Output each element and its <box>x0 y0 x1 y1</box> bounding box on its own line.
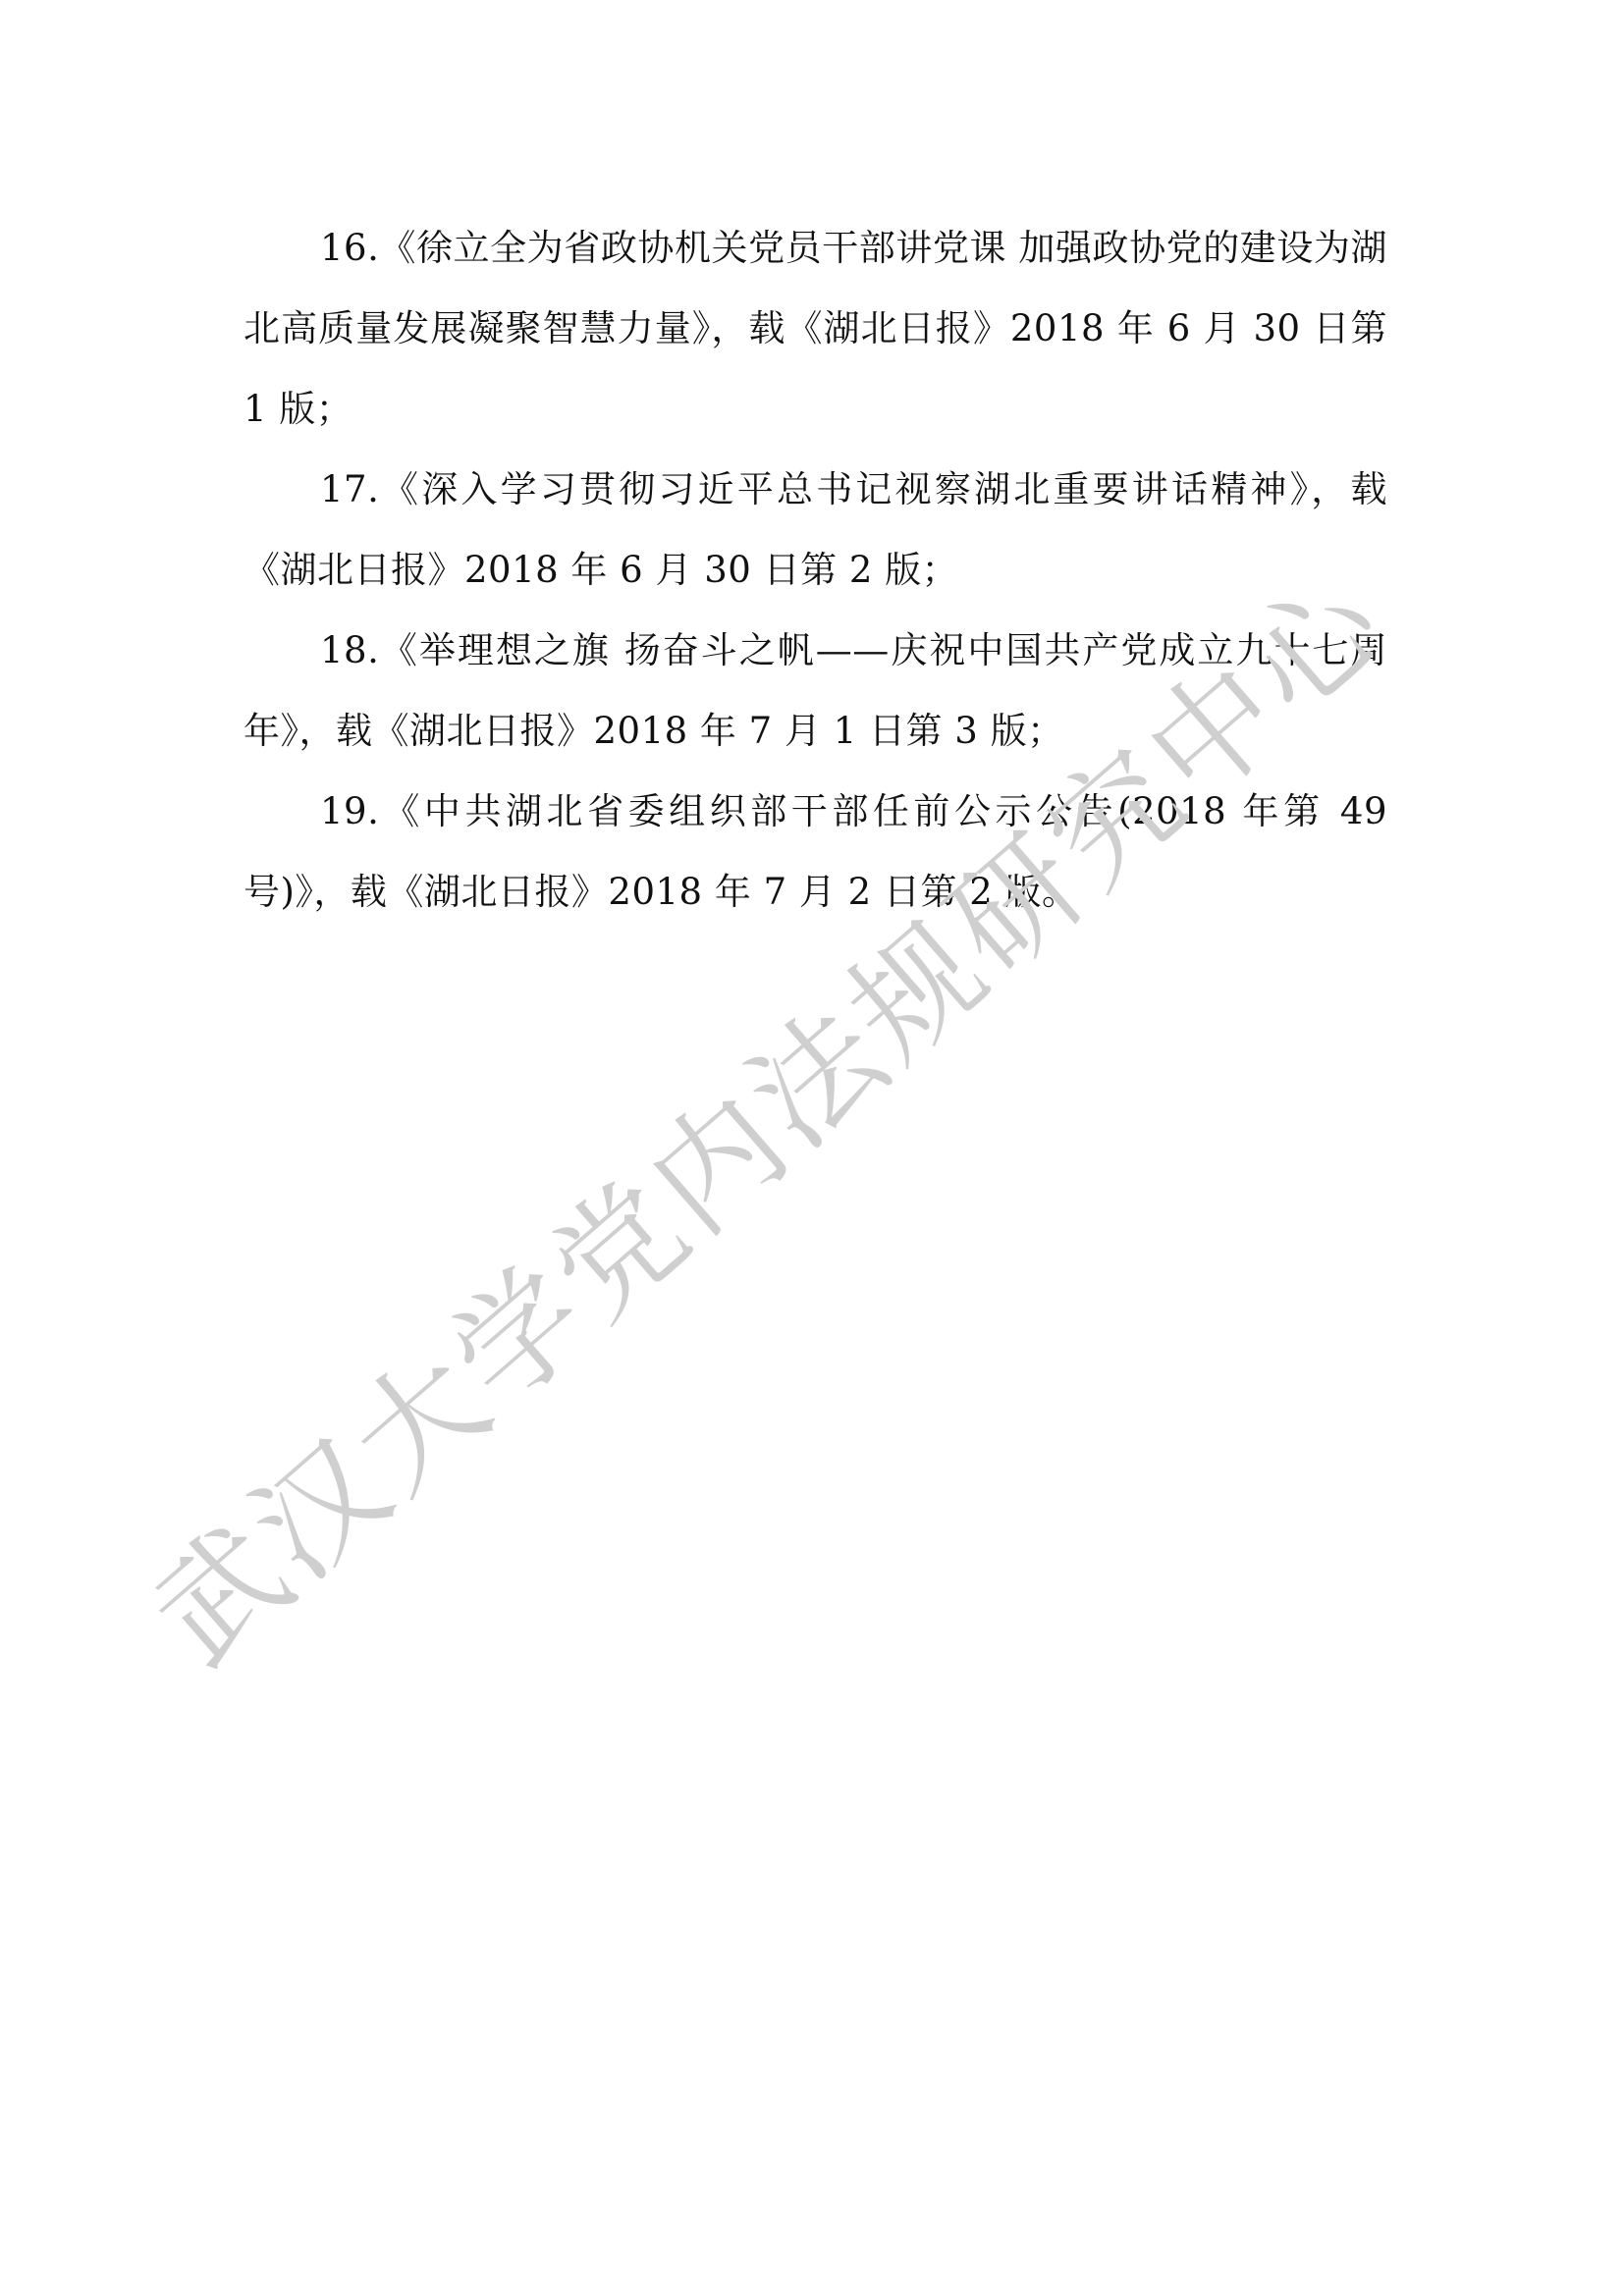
reference-text: 《中共湖北省委组织部干部任前公示公告(2018 年第 49 号)》，载《湖北日报… <box>244 790 1387 913</box>
reference-number: 16. <box>320 227 379 269</box>
reference-number: 18. <box>320 629 379 671</box>
reference-item: 16.《徐立全为省政协机关党员干部讲党课 加强政协党的建设为湖北高质量发展凝聚智… <box>244 208 1387 450</box>
reference-text: 《深入学习贯彻习近平总书记视察湖北重要讲话精神》，载《湖北日报》2018 年 6… <box>244 468 1387 591</box>
document-page: 16.《徐立全为省政协机关党员干部讲党课 加强政协党的建设为湖北高质量发展凝聚智… <box>0 0 1624 2296</box>
reference-number: 19. <box>320 790 379 832</box>
reference-text: 《举理想之旗 扬奋斗之帆——庆祝中国共产党成立九十七周年》，载《湖北日报》201… <box>244 629 1387 752</box>
reference-number: 17. <box>320 468 379 510</box>
reference-list: 16.《徐立全为省政协机关党员干部讲党课 加强政协党的建设为湖北高质量发展凝聚智… <box>244 208 1387 933</box>
reference-item: 18.《举理想之旗 扬奋斗之帆——庆祝中国共产党成立九十七周年》，载《湖北日报》… <box>244 611 1387 772</box>
reference-item: 17.《深入学习贯彻习近平总书记视察湖北重要讲话精神》，载《湖北日报》2018 … <box>244 450 1387 611</box>
reference-item: 19.《中共湖北省委组织部干部任前公示公告(2018 年第 49 号)》，载《湖… <box>244 772 1387 933</box>
reference-text: 《徐立全为省政协机关党员干部讲党课 加强政协党的建设为湖北高质量发展凝聚智慧力量… <box>244 227 1387 430</box>
